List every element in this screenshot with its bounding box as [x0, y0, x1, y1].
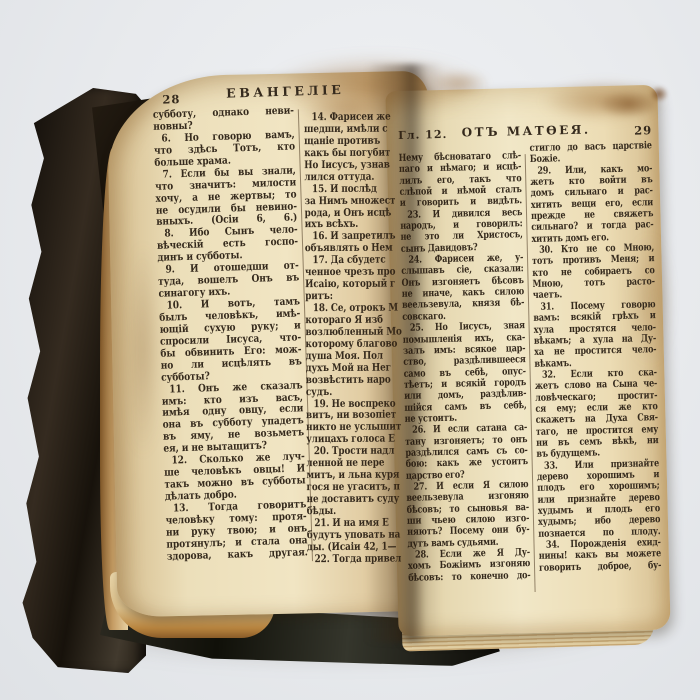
text-line: бѣды. [307, 505, 418, 518]
text-line: будутъ уповать на [307, 529, 418, 542]
text-line: которому благово [305, 338, 416, 351]
chapter-label: Гл. 12. [398, 128, 447, 142]
text-line: не доставитъ суду [307, 493, 418, 506]
text-line: возвѣстить наро [306, 374, 417, 387]
right-page-column-1: Нему бѣсноватаго слѣ-паго и нѣмаго; и ис… [399, 150, 531, 584]
page-number-right: 29 [634, 123, 652, 137]
running-title-left: ЕВАНГЕЛІЕ [220, 82, 350, 101]
text-line: 22. Тогда привел [307, 553, 418, 566]
text-line: 14. Фарисеи же [304, 111, 415, 124]
running-title-right: ОТЪ МАТѲЕЯ. [451, 122, 601, 139]
text-line: ды. (Исаіи 42, 1— [307, 541, 418, 554]
antique-book-photo: 28 ЕВАНГЕЛІЕ субботу, однако неви-новны?… [0, 0, 700, 700]
text-line: 20. Трости надл [306, 446, 417, 459]
text-line: 21. И на имя Е [307, 517, 418, 530]
text-line: душа Моя. Пол [306, 350, 417, 363]
left-page-text: 28 ЕВАНГЕЛІЕ субботу, однако неви-новны?… [150, 78, 428, 586]
text-line: никто не услышит [306, 422, 417, 435]
text-line: бѣсовъ: то конечно до- [408, 570, 530, 584]
right-page-text: Гл. 12. ОТЪ МАТѲЕЯ. 29 Нему бѣсноватаго … [396, 120, 669, 606]
text-line: ленной не пере [306, 458, 417, 471]
text-line: витъ, ни возопіет [306, 410, 417, 423]
text-line: духъ Мой на Нег [306, 362, 417, 375]
text-line: говорить доброе, бу- [539, 560, 661, 574]
page-number-left: 28 [162, 92, 180, 107]
text-line: судъ. [306, 386, 417, 399]
right-page-column-2: стигло до васъ царствіеБожіе.29. Или, ка… [529, 140, 661, 574]
text-line: гося не угаситъ, п [306, 481, 417, 494]
text-line: улицахъ голоса Е [306, 434, 417, 447]
text-line: митъ, и льна куря [306, 470, 417, 483]
text-line: 19. Не воспреко [306, 398, 417, 411]
left-page-column-1: субботу, однако неви-новны?6. Но говорю … [153, 105, 308, 563]
